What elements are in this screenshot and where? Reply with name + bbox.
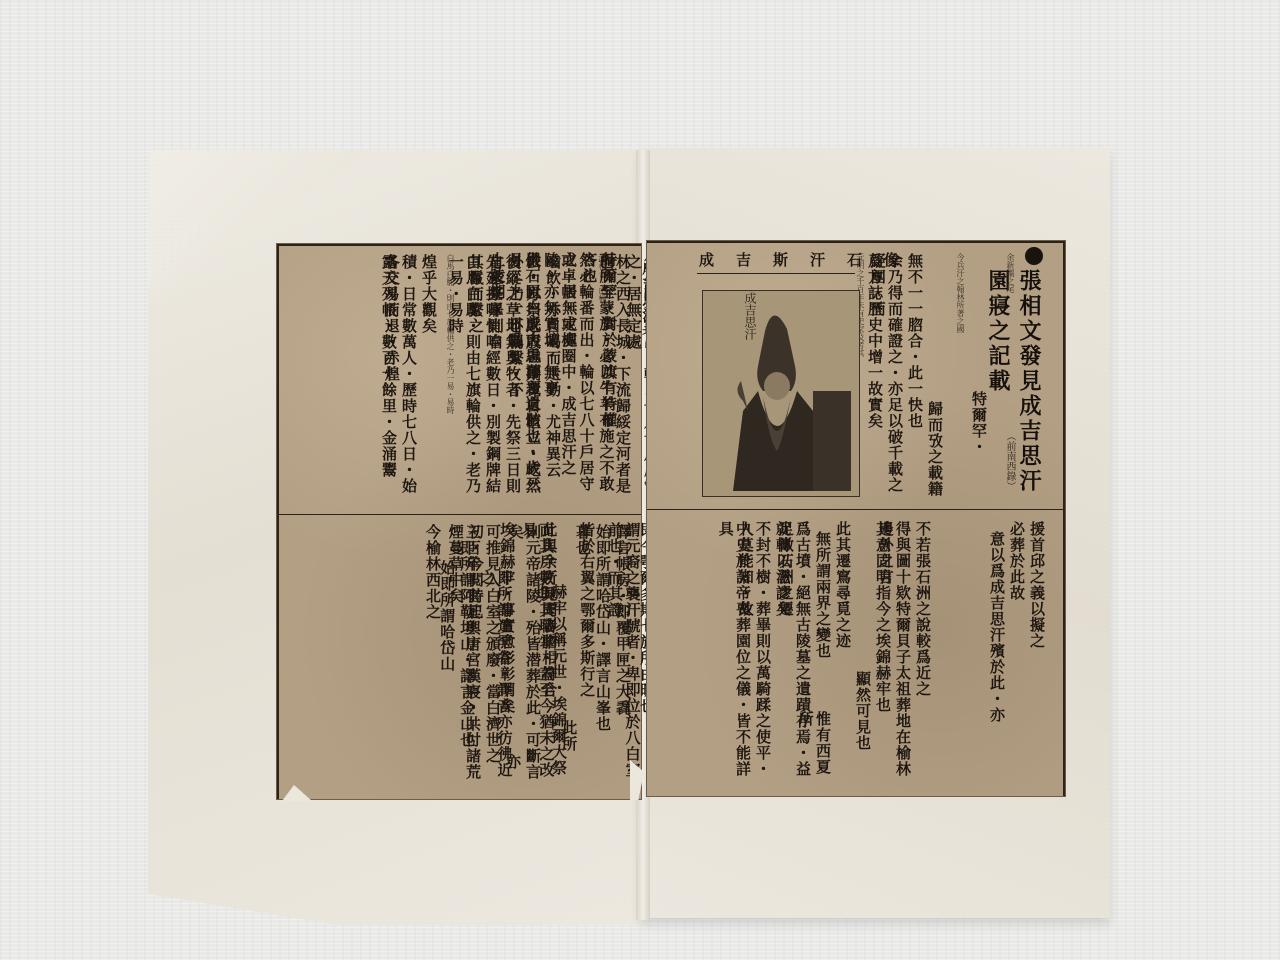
text-column: 供石匣・成吉思汗之遺骸也・歲三月二十一日爲 bbox=[506, 252, 541, 507]
bullet-mark-icon bbox=[1025, 247, 1043, 265]
genghis-khan-portrait bbox=[702, 290, 860, 497]
text-column: 特爾罕・ bbox=[970, 391, 987, 501]
text-column: 始即所謂哈岱山 bbox=[438, 560, 455, 780]
text-column: 就轉以滋謬矣 bbox=[774, 521, 791, 781]
text-column: 必葬於此故 bbox=[1008, 521, 1025, 781]
portrait-caption: 成吉斯汗石像 bbox=[699, 249, 921, 270]
text-column: 顯然可見也 bbox=[854, 671, 871, 781]
text-column: 此所 bbox=[560, 720, 577, 780]
text-column: 無不一一脗合・此一快也 bbox=[906, 253, 923, 503]
text-column: 意以爲成吉思汗殯於此・亦 bbox=[988, 531, 1005, 781]
text-column: 或卓帳・或柳圈中・成吉思汗之陵・亦無實壙・無享 bbox=[542, 252, 577, 507]
text-column: 而其戶數與其職掌・蓋至今猶未之改易 bbox=[520, 522, 555, 782]
text-column: 爲方誌歷史中增一故實矣 bbox=[866, 253, 883, 503]
text-column: 謂元裔之襲汗號者・卑即位於八白室前也・而其證 bbox=[606, 522, 641, 782]
section-divider bbox=[277, 514, 641, 515]
byline: （前南西錄） bbox=[1002, 431, 1017, 501]
text-column: 上陵期 bbox=[488, 252, 505, 507]
text-column: 煌乎大觀矣 bbox=[420, 254, 437, 509]
text-column: 中史於諸帝喪葬園位之儀・皆不能詳具 bbox=[717, 521, 752, 781]
text-column: 歸而攷之載籍 bbox=[926, 401, 943, 501]
text-column: 即所謂達罕谷・譯音亦彷彿近之 bbox=[478, 570, 513, 780]
portrait-inscription: 成吉思汗 bbox=[742, 292, 759, 362]
text-column: 即所謂阿勒坦山・譯言金山也 bbox=[458, 540, 475, 780]
text-column: 援首邱之義以擬之 bbox=[1028, 521, 1045, 781]
top-rule bbox=[277, 244, 641, 246]
text-column: 惟有西夏所 bbox=[797, 711, 832, 781]
caption-underline bbox=[697, 273, 855, 274]
text-column: 皆於右翼之鄂爾多斯行之 bbox=[578, 522, 595, 782]
text-column: 其意固明指今之埃錦赫牢也 bbox=[874, 521, 891, 781]
left-border-rule bbox=[277, 244, 279, 799]
text-column: 此其遷窵尋覓之迹 bbox=[834, 521, 851, 781]
text-column: 不若張石洲之說較爲近之 bbox=[914, 521, 931, 781]
portrait-figure-icon bbox=[703, 291, 859, 496]
text-column-small: 余新疆之尾 bbox=[993, 253, 1015, 428]
top-rule bbox=[647, 241, 1065, 243]
text-column: 積・日常數萬人・歷時七八日・始各交易而退・赤煌 bbox=[383, 254, 418, 509]
right-border-rule bbox=[1063, 241, 1065, 796]
